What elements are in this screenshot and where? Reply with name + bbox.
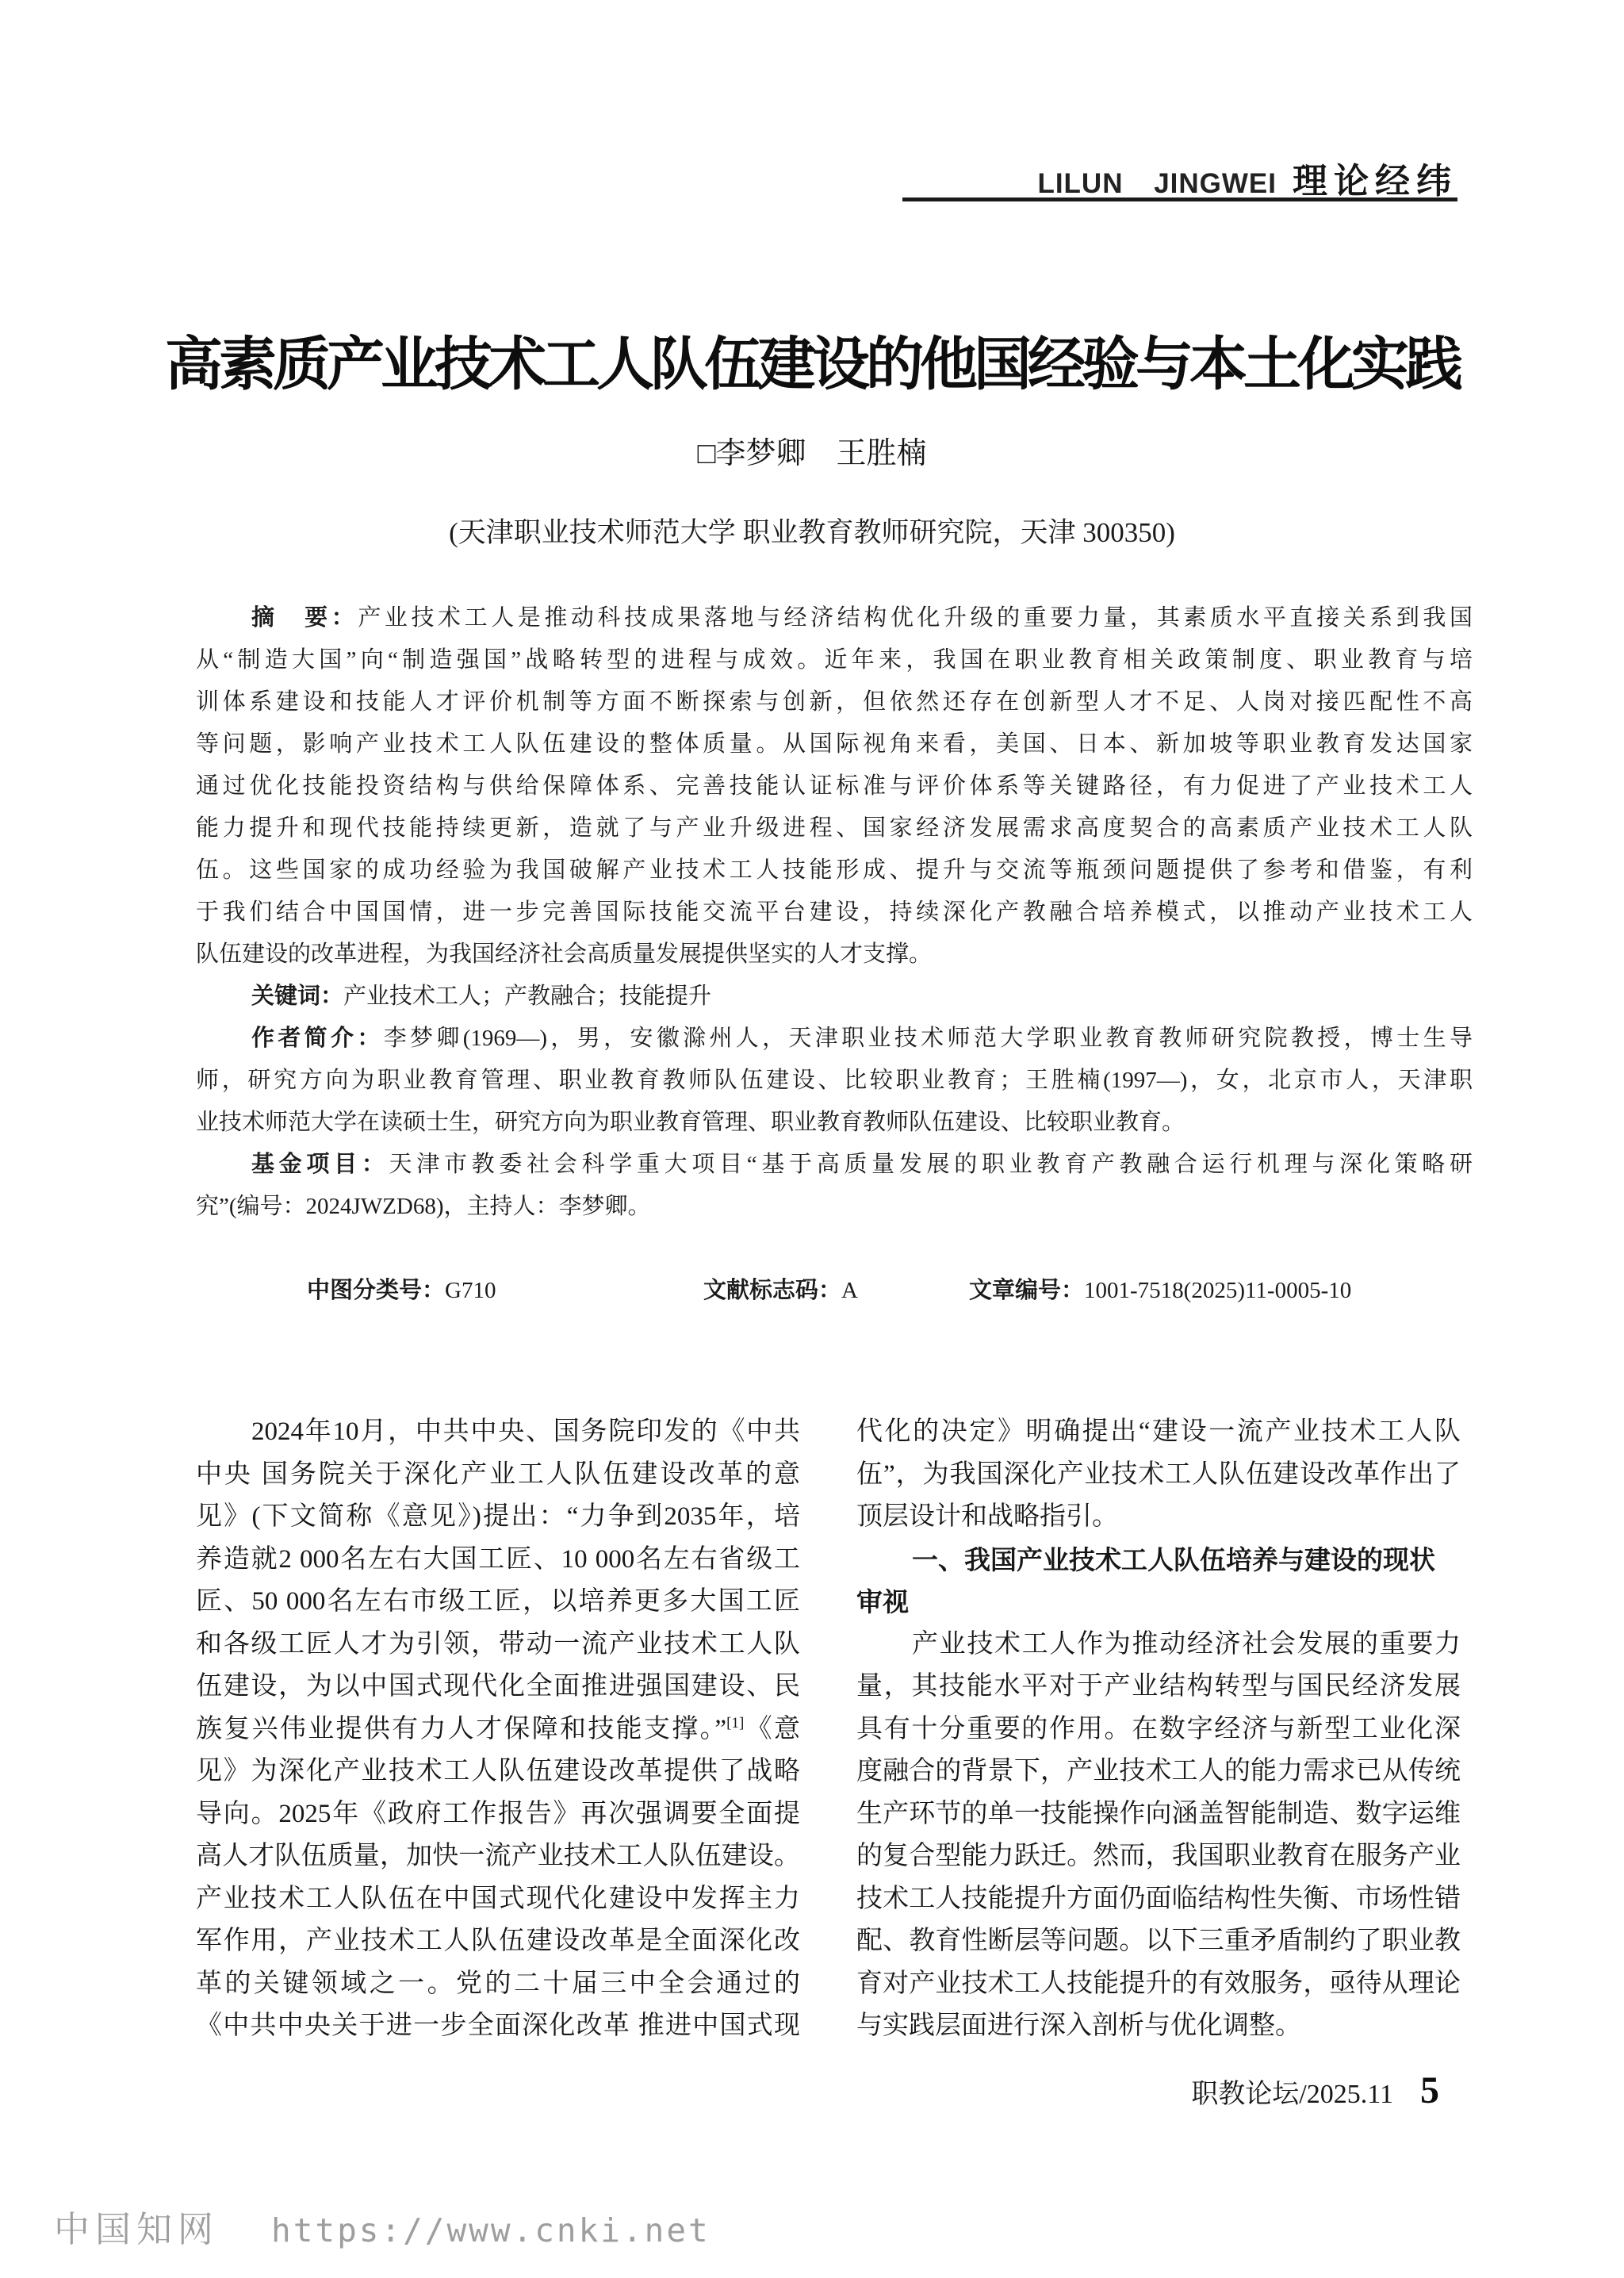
abstract-line: 从“制造大国”向“制造强国”战略转型的进程与成效。近年来，我国在职业教育相关政策… — [196, 639, 1473, 681]
body-line: 度融合的背景下，产业技术工人的能力需求已从传统 — [856, 1751, 1461, 1793]
section-header-cjk: 理论经纬 — [1293, 162, 1457, 201]
abstract-line: 通过优化技能投资结构与供给保障体系、完善技能认证标准与评价体系等关键路径，有力促… — [196, 765, 1473, 807]
body-line: 顶层设计和战略指引。 — [856, 1496, 1461, 1539]
fund-text: 天津市教委社会科学重大项目“基于高质量发展的职业教育产教融合运行机理与深化策略研 — [389, 1152, 1473, 1177]
abstract-line: 等问题，影响产业技术工人队伍建设的整体质量。从国际视角来看，美国、日本、新加坡等… — [196, 723, 1473, 765]
keywords-text: 产业技术工人；产教融合；技能提升 — [343, 984, 711, 1009]
section-header-pinyin: LILUN JINGWEI — [1037, 168, 1277, 199]
body-line: 高人才队伍质量，加快一流产业技术工人队伍建设。 — [196, 1835, 800, 1878]
cnki-site-name: 中国知网 — [54, 2210, 219, 2249]
article-affiliation: (天津职业技术师范大学 职业教育教师研究院，天津 300350) — [0, 511, 1624, 550]
body-line: 与实践层面进行深入剖析与优化调整。 — [856, 2005, 1461, 2048]
body-line: 产业技术工人队伍在中国式现代化建设中发挥主力 — [196, 1878, 800, 1921]
article-title: 高素质产业技术工人队伍建设的他国经验与本土化实践 — [0, 317, 1624, 401]
body-line: 伍”，为我国深化产业技术工人队伍建设改革作出了 — [856, 1454, 1461, 1497]
article-authors: □李梦卿 王胜楠 — [0, 428, 1624, 472]
document-code: 文献标志码：A — [648, 1270, 969, 1312]
header-rule — [902, 198, 1457, 201]
author-bio-line: 作者简介：李梦卿(1969—)，男，安徽滁州人，天津职业技术师范大学职业教育教师… — [196, 1018, 1473, 1060]
page-number: 5 — [1420, 2069, 1439, 2111]
citation-marker: [1] — [726, 1715, 744, 1732]
body-text: 族复兴伟业提供有力人才保障和技能支撑。” — [196, 1715, 726, 1743]
body-line: 革的关键领域之一。党的二十届三中全会通过的 — [196, 1963, 800, 2006]
clc-label: 中图分类号： — [307, 1278, 445, 1303]
document-code-label: 文献标志码： — [703, 1278, 841, 1303]
body-line: 见》为深化产业技术工人队伍建设改革提供了战略 — [196, 1751, 800, 1793]
fund-line: 究”(编号：2024JWZD68)，主持人：李梦卿。 — [196, 1186, 1473, 1228]
abstract-text: 产业技术工人是推动科技成果落地与经济结构优化升级的重要力量，其素质水平直接关系到… — [358, 605, 1473, 631]
body-line: 军作用，产业技术工人队伍建设改革是全面深化改 — [196, 1920, 800, 1963]
article-meta: 中图分类号：G710文献标志码：A文章编号：1001-7518(2025)11-… — [196, 1270, 1473, 1312]
clc-value: G710 — [445, 1278, 496, 1303]
abstract-line: 训体系建设和技能人才评价机制等方面不断探索与创新，但依然还存在创新型人才不足、人… — [196, 681, 1473, 723]
author-bio-label: 作者简介： — [251, 1026, 384, 1051]
body-column-left: 2024年10月，中共中央、国务院印发的《中共 中央 国务院关于深化产业工人队伍… — [196, 1411, 800, 2048]
body-line: 技术工人技能提升方面仍面临结构性失衡、市场性错 — [856, 1878, 1461, 1921]
body-line: 的复合型能力跃迁。然而，我国职业教育在服务产业 — [856, 1835, 1461, 1878]
body-line: 见》(下文简称《意见》)提出：“力争到2035年，培 — [196, 1496, 800, 1539]
article-number-label: 文章编号： — [969, 1278, 1084, 1303]
body-line: 生产环节的单一技能操作向涵盖智能制造、数字运维 — [856, 1793, 1461, 1836]
body-line: 养造就2 000名左右大国工匠、10 000名左右省级工 — [196, 1539, 800, 1582]
article-number: 文章编号：1001-7518(2025)11-0005-10 — [969, 1278, 1351, 1303]
body-line: 产业技术工人作为推动经济社会发展的重要力 — [856, 1624, 1461, 1666]
body-column-right: 代化的决定》明确提出“建设一流产业技术工人队 伍”，为我国深化产业技术工人队伍建… — [856, 1411, 1461, 2048]
abstract-line: 伍。这些国家的成功经验为我国破解产业技术工人技能形成、提升与交流等瓶颈问题提供了… — [196, 849, 1473, 892]
body-line: 量，其技能水平对于产业结构转型与国民经济发展 — [856, 1666, 1461, 1708]
author-bio-line: 业技术师范大学在读硕士生，研究方向为职业教育管理、职业教育教师队伍建设、比较职业… — [196, 1102, 1473, 1144]
body-text: 《意 — [744, 1715, 800, 1743]
abstract-line: 摘 要：产业技术工人是推动科技成果落地与经济结构优化升级的重要力量，其素质水平直… — [196, 597, 1473, 639]
clc-number: 中图分类号：G710 — [251, 1270, 648, 1312]
body-line: 具有十分重要的作用。在数字经济与新型工业化深 — [856, 1708, 1461, 1751]
section-header: LILUN JINGWEI 理论经纬 — [1037, 152, 1457, 203]
body-line: 匠、50 000名左右市级工匠，以培养更多大国工匠 — [196, 1581, 800, 1624]
body-line: 导向。2025年《政府工作报告》再次强调要全面提 — [196, 1793, 800, 1836]
author-bio-line: 师，研究方向为职业教育管理、职业教育教师队伍建设、比较职业教育；王胜楠(1997… — [196, 1060, 1473, 1102]
abstract-line: 于我们结合中国国情，进一步完善国际技能交流平台建设，持续深化产教融合培养模式，以… — [196, 892, 1473, 934]
body-line: 和各级工匠人才为引领，带动一流产业技术工人队 — [196, 1624, 800, 1666]
journal-issue: 职教论坛/2025.11 — [1191, 2080, 1393, 2109]
document-code-value: A — [841, 1278, 858, 1303]
cnki-url: https://www.cnki.net — [271, 2211, 710, 2249]
abstract-line: 队伍建设的改革进程，为我国经济社会高质量发展提供坚实的人才支撑。 — [196, 934, 1473, 976]
abstract-line: 能力提升和现代技能持续更新，造就了与产业升级进程、国家经济发展需求高度契合的高素… — [196, 807, 1473, 849]
abstract-label: 摘 要： — [251, 605, 358, 631]
cnki-watermark: 中国知网 https://www.cnki.net — [54, 2200, 710, 2252]
body-line: 2024年10月，中共中央、国务院印发的《中共 — [196, 1411, 800, 1454]
body-line: 《中共中央关于进一步全面深化改革 推进中国式现 — [196, 2005, 800, 2048]
fund-line: 基金项目：天津市教委社会科学重大项目“基于高质量发展的职业教育产教融合运行机理与… — [196, 1144, 1473, 1186]
article-number-value: 1001-7518(2025)11-0005-10 — [1084, 1278, 1351, 1303]
body-line: 育对产业技术工人技能提升的有效服务，亟待从理论 — [856, 1963, 1461, 2006]
fund-label: 基金项目： — [251, 1152, 389, 1177]
body-line: 伍建设，为以中国式现代化全面推进强国建设、民 — [196, 1666, 800, 1708]
body-line: 中央 国务院关于深化产业工人队伍建设改革的意 — [196, 1454, 800, 1497]
section-heading: 一、我国产业技术工人队伍培养与建设的现状 — [856, 1539, 1461, 1582]
body-line: 配、教育性断层等问题。以下三重矛盾制约了职业教 — [856, 1920, 1461, 1963]
keywords-line: 关键词：产业技术工人；产教融合；技能提升 — [196, 976, 1473, 1018]
body-line: 代化的决定》明确提出“建设一流产业技术工人队 — [856, 1411, 1461, 1454]
author-bio-text: 李梦卿(1969—)，男，安徽滁州人，天津职业技术师范大学职业教育教师研究院教授… — [384, 1026, 1473, 1051]
keywords-label: 关键词： — [251, 984, 343, 1009]
front-matter: 摘 要：产业技术工人是推动科技成果落地与经济结构优化升级的重要力量，其素质水平直… — [196, 597, 1473, 1312]
section-heading: 审视 — [856, 1581, 1461, 1624]
body-line-with-citation: 族复兴伟业提供有力人才保障和技能支撑。”[1]《意 — [196, 1708, 800, 1751]
page-footer: 职教论坛/2025.11 5 — [1191, 2069, 1439, 2112]
